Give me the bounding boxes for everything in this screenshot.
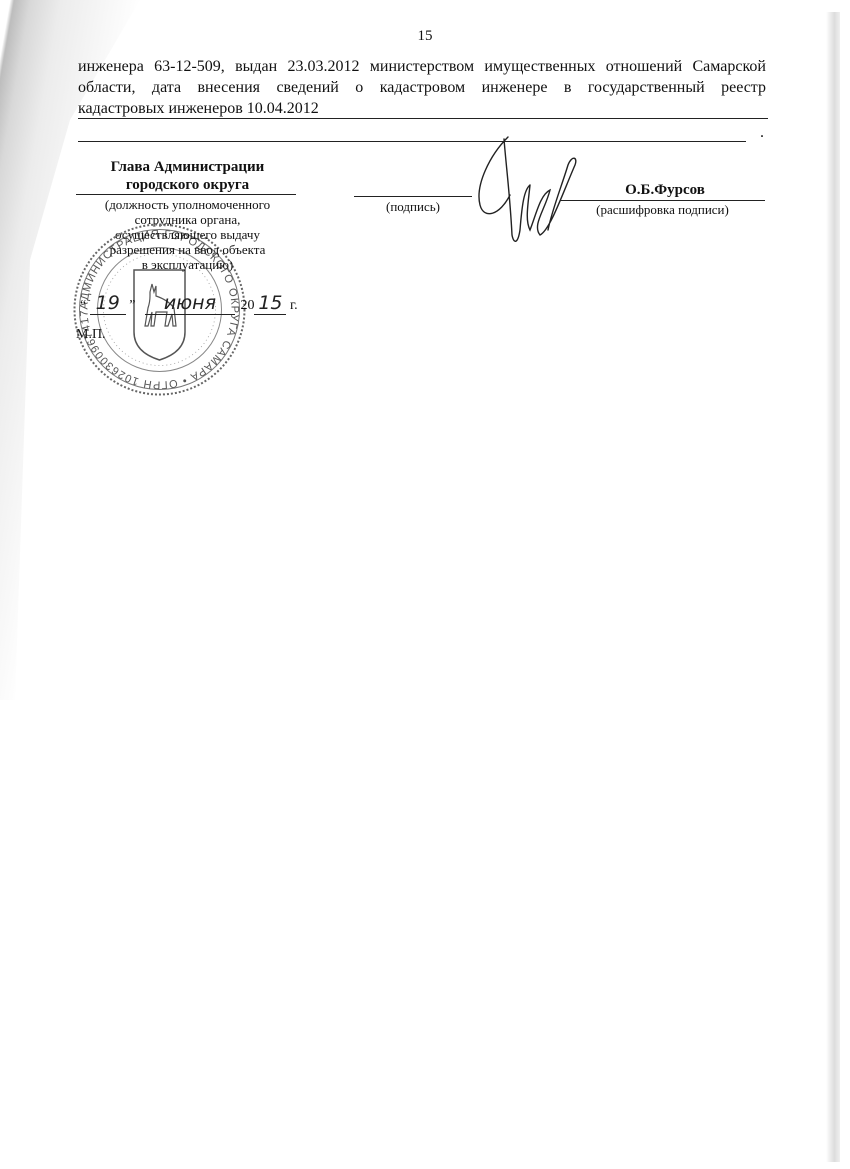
seal-place-label: М.П. (76, 327, 106, 343)
position-title-line: городского округа (80, 176, 295, 194)
scan-shadow-right (826, 12, 840, 1162)
trailing-dot: . (760, 124, 764, 142)
caption-line: разрешения на ввод объекта (80, 242, 295, 257)
paragraph-line: области, дата внесения сведений о кадаст… (78, 77, 766, 98)
signature-caption: (подпись) (354, 199, 472, 215)
signing-date: “ 19 ” июня 2015 г. (80, 292, 298, 315)
signature-line (354, 196, 472, 197)
position-underline (76, 194, 296, 195)
date-close-quote: ” (129, 298, 135, 313)
paragraph-line: инженера 63-12-509, выдан 23.03.2012 мин… (78, 56, 766, 77)
date-year-suffix: 15 (254, 292, 286, 315)
name-underline (560, 200, 765, 201)
caption-line: сотрудника органа, (80, 212, 295, 227)
position-caption: (должность уполномоченного сотрудника ор… (80, 197, 295, 272)
signatory-position: Глава Администрации городского округа (80, 158, 295, 194)
date-year-unit: г. (290, 298, 298, 313)
paragraph-line: кадастровых инженеров 10.04.2012 (78, 98, 766, 119)
date-day: 19 (90, 292, 126, 315)
caption-line: (должность уполномоченного (80, 197, 295, 212)
body-paragraph: инженера 63-12-509, выдан 23.03.2012 мин… (78, 56, 766, 119)
rule-line (78, 118, 768, 119)
date-open-quote: “ (80, 298, 86, 313)
date-year-prefix: 20 (240, 298, 254, 313)
caption-line: в эксплуатацию) (80, 257, 295, 272)
page-number: 15 (0, 28, 850, 45)
signatory-name: О.Б.Фурсов (565, 182, 765, 199)
date-month: июня (145, 292, 235, 315)
name-caption: (расшифровка подписи) (560, 202, 765, 218)
caption-line: осуществляющего выдачу (80, 227, 295, 242)
position-title-line: Глава Администрации (80, 158, 295, 176)
rule-line (78, 141, 746, 142)
